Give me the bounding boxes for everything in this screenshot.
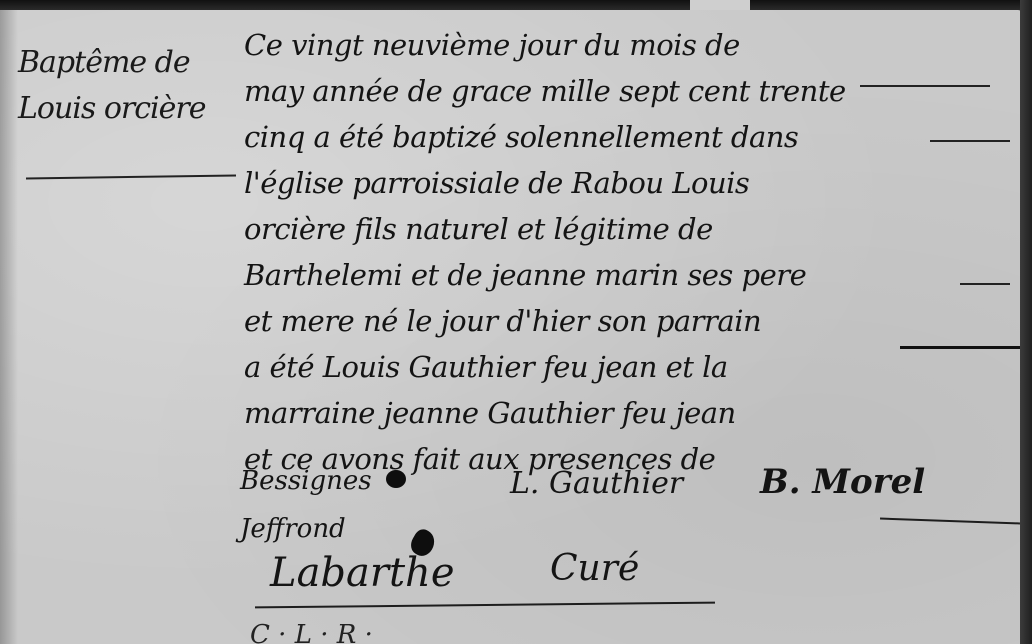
line-filler [960,283,1010,285]
entry-line: a été Louis Gauthier feu jean et la [244,344,1004,390]
entry-line: Ce vingt neuvième jour du mois de [244,22,1004,68]
signature: B. Morel [760,462,925,502]
margin-note-line: Baptême de [18,40,258,86]
entry-body: Ce vingt neuvième jour du mois de may an… [244,22,1004,482]
entry-line: marraine jeanne Gauthier feu jean [244,390,1004,436]
entry-line: cinq a été baptizé solennellement dans [244,114,1004,160]
ink-blot [386,470,406,488]
signature: Jeffrond [240,514,346,544]
line-filler [930,140,1010,142]
entry-line: orcière fils naturel et légitime de [244,206,1004,252]
scan-right-edge [1020,0,1032,644]
margin-note-line: Louis orcière [18,86,258,132]
entry-line: Barthelemi et de jeanne marin ses pere [244,252,1004,298]
signature: Bessignes [240,466,372,496]
signature: Labarthe [270,550,455,596]
signature: L. Gauthier [510,466,683,501]
next-entry-fragment: C · L · R · [250,620,1030,644]
signature-block: Bessignes L. Gauthier B. Morel Jeffrond … [240,462,1020,612]
entry-line: may année de grace mille sept cent trent… [244,68,1004,114]
margin-note: Baptême de Louis orcière [18,40,258,132]
entry-line: et mere né le jour d'hier son parrain [244,298,1004,344]
line-filler [860,85,990,87]
line-filler [900,346,1020,349]
entry-line: l'église parroissiale de Rabou Louis [244,160,1004,206]
signature: Curé [550,548,639,589]
